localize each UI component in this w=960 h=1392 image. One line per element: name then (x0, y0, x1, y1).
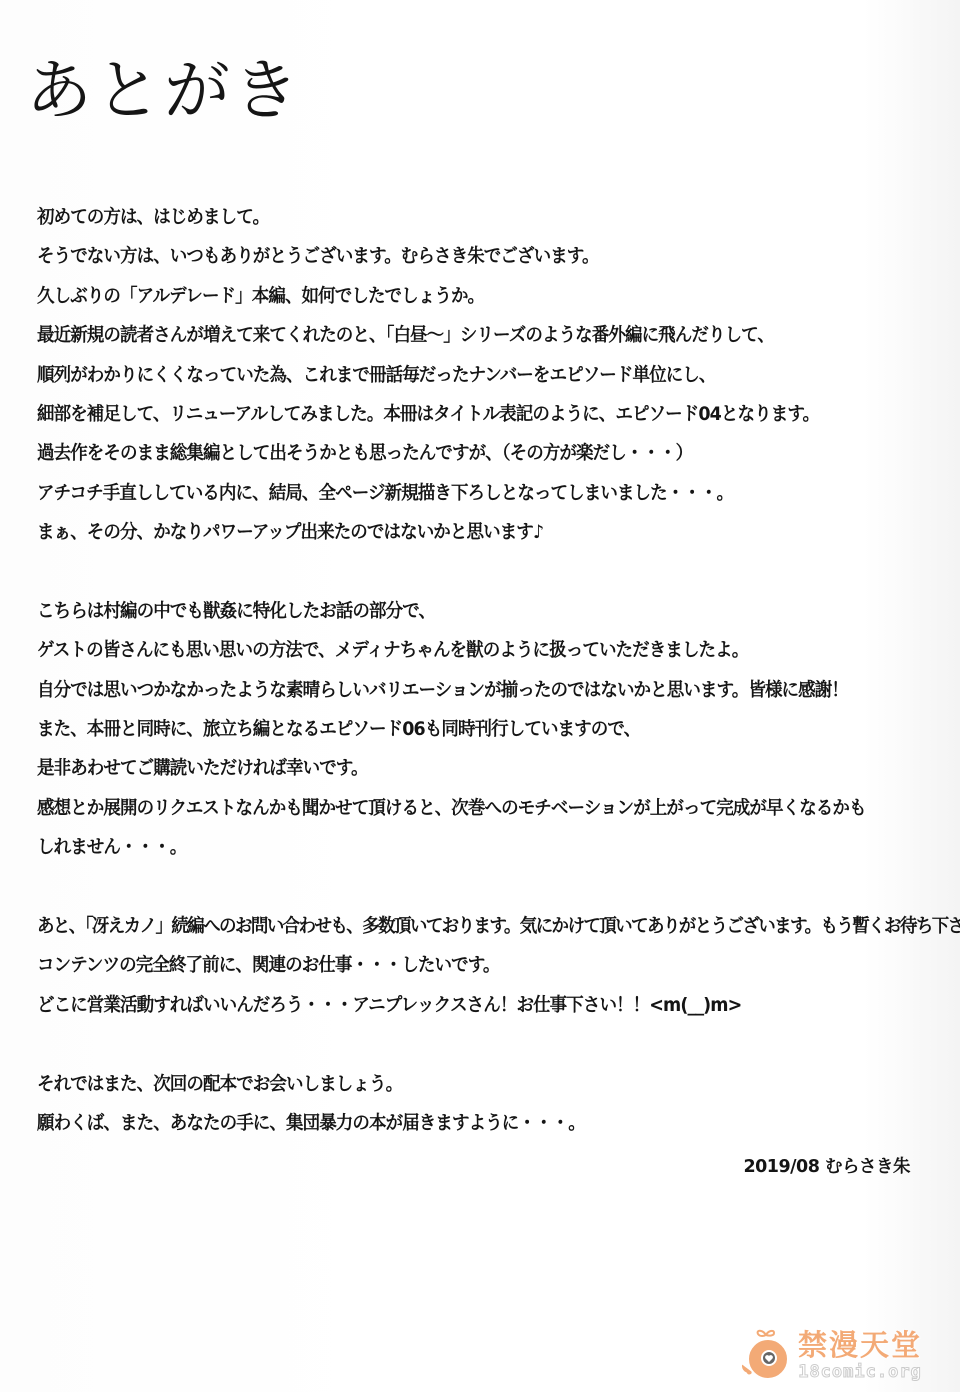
text-line: 感想とか展開のリクエストなんかも聞かせて頂けると、次巻へのモチベーションが上がっ… (37, 796, 937, 838)
text-line: どこに営業活動すればいいんだろう・・・アニプレックスさん！お仕事下さい！！<m(… (37, 993, 937, 1035)
text-line: また、本冊と同時に、旅立ち編となるエピソード06も同時刊行していますので、 (37, 717, 937, 759)
paragraph-gap (37, 560, 937, 599)
paragraph-1: 初めての方は、はじめまして。 そうでない方は、いつもありがとうございます。むらさ… (37, 205, 937, 560)
mascot-logo-icon (736, 1325, 796, 1385)
text-line: アチコチ手直ししている内に、結局、全ページ新規描き下ろしとなってしまいました・・… (37, 481, 937, 523)
text-line: 是非あわせてご購読いただければ幸いです。 (37, 756, 937, 798)
text-line: 久しぶりの「アルデレード」本編、如何でしたでしょうか。 (37, 284, 937, 326)
text-line: まぁ、その分、かなりパワーアップ出来たのではないかと思います♪ (37, 520, 937, 562)
paragraph-3: あと、「冴えカノ」続編へのお問い合わせも、多数頂いております。気にかけて頂いてあ… (37, 914, 937, 1032)
paragraph-gap (37, 875, 937, 914)
paragraph-gap (37, 1032, 937, 1071)
watermark: 禁漫天堂 18comic.org (736, 1322, 952, 1388)
text-line: コンテンツの完全終了前に、関連のお仕事・・・したいです。 (37, 953, 937, 995)
paragraph-4: それではまた、次回の配本でお会いしましょう。 願わくば、また、あなたの手に、集団… (37, 1072, 937, 1151)
watermark-url: 18comic.org (798, 1362, 922, 1382)
text-line: 細部を補足して、リニューアルしてみました。本冊はタイトル表記のように、エピソード… (37, 402, 937, 444)
text-line: 順列がわかりにくくなっていた為、これまで冊話毎だったナンバーをエピソード単位にし… (37, 363, 937, 405)
text-line: 初めての方は、はじめまして。 (37, 205, 937, 247)
text-line: あと、「冴えカノ」続編へのお問い合わせも、多数頂いております。気にかけて頂いてあ… (37, 914, 937, 956)
text-line: それではまた、次回の配本でお会いしましょう。 (37, 1072, 937, 1114)
page-title: あとがき (26, 58, 302, 124)
text-line: しれません・・・。 (37, 835, 937, 877)
text-line: 自分では思いつかなかったような素晴らしいバリエーションが揃ったのではないかと思い… (37, 678, 937, 720)
text-line: 願わくば、また、あなたの手に、集団暴力の本が届きますように・・・。 (37, 1111, 937, 1153)
afterword-body: 初めての方は、はじめまして。 そうでない方は、いつもありがとうございます。むらさ… (37, 205, 937, 1150)
text-line: こちらは村編の中でも獣姦に特化したお話の部分で、 (37, 599, 937, 641)
text-line: 最近新規の読者さんが増えて来てくれたのと、「白昼～」シリーズのような番外編に飛ん… (37, 323, 937, 365)
text-line: そうでない方は、いつもありがとうございます。むらさき朱でございます。 (37, 244, 937, 286)
watermark-title: 禁漫天堂 (798, 1328, 922, 1362)
paragraph-2: こちらは村編の中でも獣姦に特化したお話の部分で、 ゲストの皆さんにも思い思いの方… (37, 599, 937, 875)
text-line: ゲストの皆さんにも思い思いの方法で、メディナちゃんを獣のように扱っていただきまし… (37, 638, 937, 680)
signature: 2019/08 むらさき朱 (743, 1153, 910, 1178)
watermark-text: 禁漫天堂 18comic.org (798, 1328, 922, 1382)
text-line: 過去作をそのまま総集編として出そうかとも思ったんですが、（その方が楽だし・・・） (37, 441, 937, 483)
